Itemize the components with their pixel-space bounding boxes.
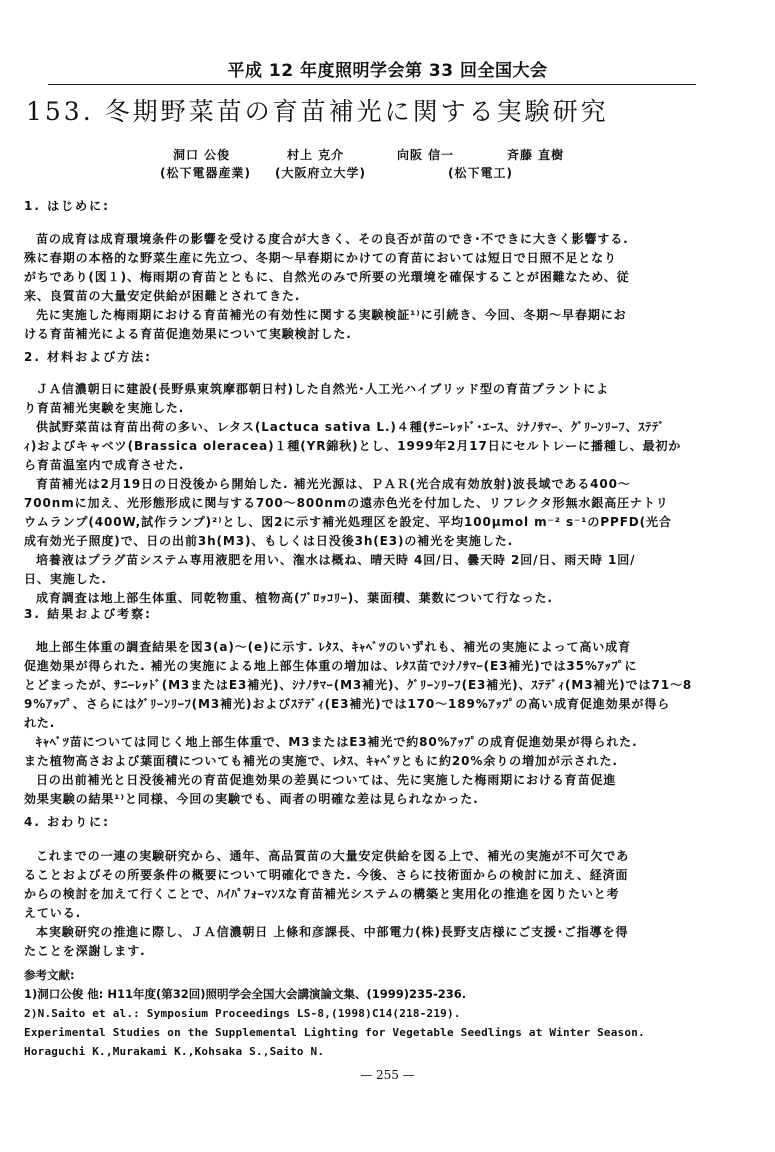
section-heading-introduction: 1. はじめに: bbox=[24, 197, 110, 214]
reference-item: 2)N.Saito et al.: Symposium Proceedings … bbox=[24, 1004, 645, 1023]
references: 参考文献: 1)洞口公俊 他: H11年度(第32回)照明学会全国大会講演論文集… bbox=[24, 966, 645, 1061]
author-affiliation: (大阪府立大学) bbox=[275, 164, 366, 181]
text-line: 供試野菜苗は育苗出荷の多い、レタス(Lactuca sativa L.)４種(ｻ… bbox=[24, 418, 714, 437]
text-line: また植物高さおよび葉面積についても補光の実施で、ﾚﾀｽ、ｷｬﾍﾞﾂともに約20%… bbox=[24, 752, 714, 771]
author-names-row: 洞口 公俊 村上 克介 向阪 信一 斉藤 直樹 bbox=[0, 146, 775, 164]
author-name: 村上 克介 bbox=[287, 146, 344, 163]
text-line: ら育苗温室内で成育させた. bbox=[24, 456, 714, 475]
conference-title: 平成 12 年度照明学会第 33 回全国大会 bbox=[0, 56, 775, 81]
text-line: これまでの一連の実験研究から、通年、高品質苗の大量安定供給を図る上で、補光の実施… bbox=[24, 847, 714, 866]
text-line: がちであり(図１)、梅雨期の育苗とともに、自然光のみで所要の光環境を確保すること… bbox=[24, 268, 714, 287]
text-line: 700nmに加え、光形態形成に関与する700～800nmの遠赤色光を付加した、リ… bbox=[24, 494, 714, 513]
author-affiliation: (松下電器産業) bbox=[160, 164, 251, 181]
references-heading: 参考文献: bbox=[24, 966, 645, 985]
text-line: ｨ)およびキャベツ(Brassica oleracea)１種(YR錦秋)とし、1… bbox=[24, 437, 714, 456]
author-name: 洞口 公俊 bbox=[173, 146, 230, 163]
text-line: 来、良質苗の大量安定供給が困難とされてきた. bbox=[24, 287, 714, 306]
text-line: ＪＡ信濃朝日に建設(長野県東筑摩郡朝日村)した自然光･人工光ハイブリッド型の育苗… bbox=[24, 380, 714, 399]
page-number: — 255 — bbox=[0, 1068, 775, 1082]
text-line: 本実験研究の推進に際し、ＪＡ信濃朝日 上條和彦課長、中部電力(株)長野支店様にご… bbox=[24, 923, 714, 942]
section-heading-conclusion: 4. おわりに: bbox=[24, 813, 110, 830]
text-line: 殊に春期の本格的な野菜生産に先立つ、冬期～早春期にかけての育苗においては短日で日… bbox=[24, 249, 714, 268]
text-line: ける育苗補光による育苗促進効果について実験検討した. bbox=[24, 325, 714, 344]
text-line: 育苗補光は2月19日の日没後から開始した. 補光光源は、ＰＡＲ(光合成有効放射)… bbox=[24, 475, 714, 494]
text-line: 先に実施した梅雨期における育苗補光の有効性に関する実験検証¹⁾に引続き、今回、冬… bbox=[24, 306, 714, 325]
text-line: 培養液はプラグ苗システム専用液肥を用い、潅水は概ね、晴天時 4回/日、曇天時 2… bbox=[24, 551, 714, 570]
section-body-introduction: 苗の成育は成育環境条件の影響を受ける度合が大きく、その良否が苗のでき･不できに大… bbox=[24, 230, 714, 344]
author-name: 向阪 信一 bbox=[397, 146, 454, 163]
section-body-results-discussion: 地上部生体重の調査結果を図3(a)～(e)に示す. ﾚﾀｽ、ｷｬﾍﾞﾂのいずれも… bbox=[24, 638, 714, 809]
text-line: ｷｬﾍﾞﾂ苗については同じく地上部生体重で、M3またはE3補光で約80%ｱｯﾌﾟ… bbox=[24, 733, 714, 752]
text-line: えている. bbox=[24, 904, 714, 923]
text-line: 成有効光子照度)で、日の出前3h(M3)、もしくは日没後3h(E3)の補光を実施… bbox=[24, 532, 714, 551]
text-line: たことを深謝します. bbox=[24, 942, 714, 961]
text-line: ることおよびその所要条件の概要について明確化できた. 今後、さらに技術面からの検… bbox=[24, 866, 714, 885]
text-line: れた. bbox=[24, 714, 714, 733]
section-body-conclusion: これまでの一連の実験研究から、通年、高品質苗の大量安定供給を図る上で、補光の実施… bbox=[24, 847, 714, 961]
section-heading-results-discussion: 3. 結果および考察: bbox=[24, 605, 152, 622]
text-line: 日、実施した. bbox=[24, 570, 714, 589]
section-body-materials-methods: ＪＡ信濃朝日に建設(長野県東筑摩郡朝日村)した自然光･人工光ハイブリッド型の育苗… bbox=[24, 380, 714, 608]
author-name: 斉藤 直樹 bbox=[507, 146, 564, 163]
author-affiliations-row: (松下電器産業) (大阪府立大学) (松下電工) bbox=[0, 164, 775, 182]
header-divider bbox=[48, 84, 696, 85]
text-line: 効果実験の結果¹⁾と同様、今回の実験でも、両者の明確な差は見られなかった. bbox=[24, 790, 714, 809]
reference-item: 1)洞口公俊 他: H11年度(第32回)照明学会全国大会講演論文集、(1999… bbox=[24, 985, 645, 1004]
text-line: 苗の成育は成育環境条件の影響を受ける度合が大きく、その良否が苗のでき･不できに大… bbox=[24, 230, 714, 249]
text-line: 促進効果が得られた. 補光の実施による地上部生体重の増加は、ﾚﾀｽ苗でｼﾅﾉｻﾏ… bbox=[24, 657, 714, 676]
paper-title: 153. 冬期野菜苗の育苗補光に関する実験研究 bbox=[26, 92, 609, 128]
author-block: 洞口 公俊 村上 克介 向阪 信一 斉藤 直樹 (松下電器産業) (大阪府立大学… bbox=[0, 146, 775, 182]
author-affiliation: (松下電工) bbox=[448, 164, 513, 181]
text-line: からの検討を加えて行くことで、ﾊｲﾊﾟﾌｫｰﾏﾝｽな育苗補光システムの構築と実用… bbox=[24, 885, 714, 904]
text-line: とどまったが、ｻﾆｰﾚｯﾄﾞ(M3またはE3補光)、ｼﾅﾉｻﾏｰ(M3補光)、ｸ… bbox=[24, 676, 714, 695]
english-authors: Horaguchi K.,Murakami K.,Kohsaka S.,Sait… bbox=[24, 1042, 645, 1061]
text-line: 9%ｱｯﾌﾟ、さらにはｸﾞﾘｰﾝﾘｰﾌ(M3補光)およびｽﾃﾃﾞｨ(E3補光)で… bbox=[24, 695, 714, 714]
text-line: り育苗補光実験を実施した. bbox=[24, 399, 714, 418]
section-heading-materials-methods: 2. 材料および方法: bbox=[24, 348, 152, 365]
english-title: Experimental Studies on the Supplemental… bbox=[24, 1023, 645, 1042]
text-line: ウムランプ(400W,試作ランプ)²⁾とし、図2に示す補光処理区を設定、平均10… bbox=[24, 513, 714, 532]
text-line: 地上部生体重の調査結果を図3(a)～(e)に示す. ﾚﾀｽ、ｷｬﾍﾞﾂのいずれも… bbox=[24, 638, 714, 657]
text-line: 日の出前補光と日没後補光の育苗促進効果の差異については、先に実施した梅雨期におけ… bbox=[24, 771, 714, 790]
